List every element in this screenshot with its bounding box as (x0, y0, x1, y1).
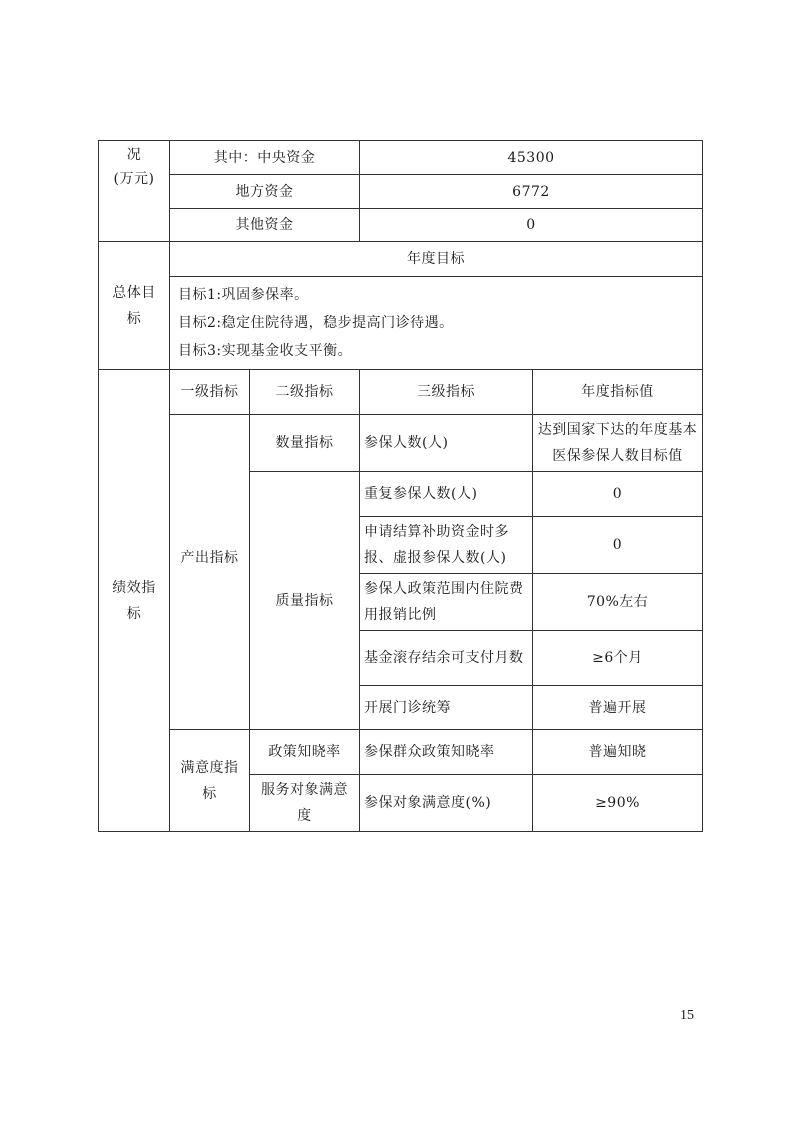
indicator-value: ≥90% (533, 775, 703, 832)
header-level1: 一级指标 (170, 370, 250, 415)
quantity-indicator-label: 数量指标 (250, 415, 360, 472)
funding-local-label: 地方资金 (170, 175, 360, 209)
indicator-name: 参保对象满意度(%) (360, 775, 533, 832)
funding-other-value: 0 (360, 209, 703, 242)
goals-cell: 目标1:巩固参保率。 目标2:稳定住院待遇，稳步提高门诊待遇。 目标3:实现基金… (170, 277, 703, 370)
header-level3: 三级指标 (360, 370, 533, 415)
indicator-value: 0 (533, 472, 703, 517)
satisfaction-indicator-label: 满意度指标 (170, 730, 250, 832)
indicator-value: 70%左右 (533, 574, 703, 631)
annual-goal-header: 年度目标 (170, 242, 703, 277)
indicator-name: 参保人政策范围内住院费用报销比例 (360, 574, 533, 631)
overall-goal-label: 总体目标 (99, 242, 170, 370)
indicator-name: 参保群众政策知晓率 (360, 730, 533, 775)
service-satisfaction-label: 服务对象满意度 (250, 775, 360, 832)
indicator-name: 申请结算补助资金时多报、虚报参保人数(人) (360, 517, 533, 574)
header-level2: 二级指标 (250, 370, 360, 415)
goal-2: 目标2:稳定住院待遇，稳步提高门诊待遇。 (178, 309, 694, 337)
funding-central-value: 45300 (360, 141, 703, 175)
performance-target-table: 况 (万元) 其中：中央资金 45300 地方资金 6772 其他资金 0 总体… (98, 140, 703, 832)
indicator-name: 开展门诊统筹 (360, 686, 533, 730)
output-indicator-label: 产出指标 (170, 415, 250, 730)
indicator-value: 普遍知晓 (533, 730, 703, 775)
funding-local-value: 6772 (360, 175, 703, 209)
indicator-name: 参保人数(人) (360, 415, 533, 472)
funding-label-line1: 况 (103, 143, 165, 167)
indicator-value: 普遍开展 (533, 686, 703, 730)
quality-indicator-label: 质量指标 (250, 472, 360, 730)
indicator-value: 达到国家下达的年度基本医保参保人数目标值 (533, 415, 703, 472)
goal-3: 目标3:实现基金收支平衡。 (178, 337, 694, 365)
indicator-value: ≥6个月 (533, 631, 703, 686)
funding-other-label: 其他资金 (170, 209, 360, 242)
performance-label: 绩效指标 (99, 370, 170, 832)
indicator-name: 基金滚存结余可支付月数 (360, 631, 533, 686)
policy-awareness-label: 政策知晓率 (250, 730, 360, 775)
indicator-value: 0 (533, 517, 703, 574)
indicator-name: 重复参保人数(人) (360, 472, 533, 517)
page-number: 15 (680, 1008, 694, 1024)
funding-label-line2: (万元) (103, 167, 165, 191)
funding-central-label: 其中：中央资金 (170, 141, 360, 175)
header-annual-value: 年度指标值 (533, 370, 703, 415)
goal-1: 目标1:巩固参保率。 (178, 281, 694, 309)
funding-label-cell: 况 (万元) (99, 141, 170, 242)
